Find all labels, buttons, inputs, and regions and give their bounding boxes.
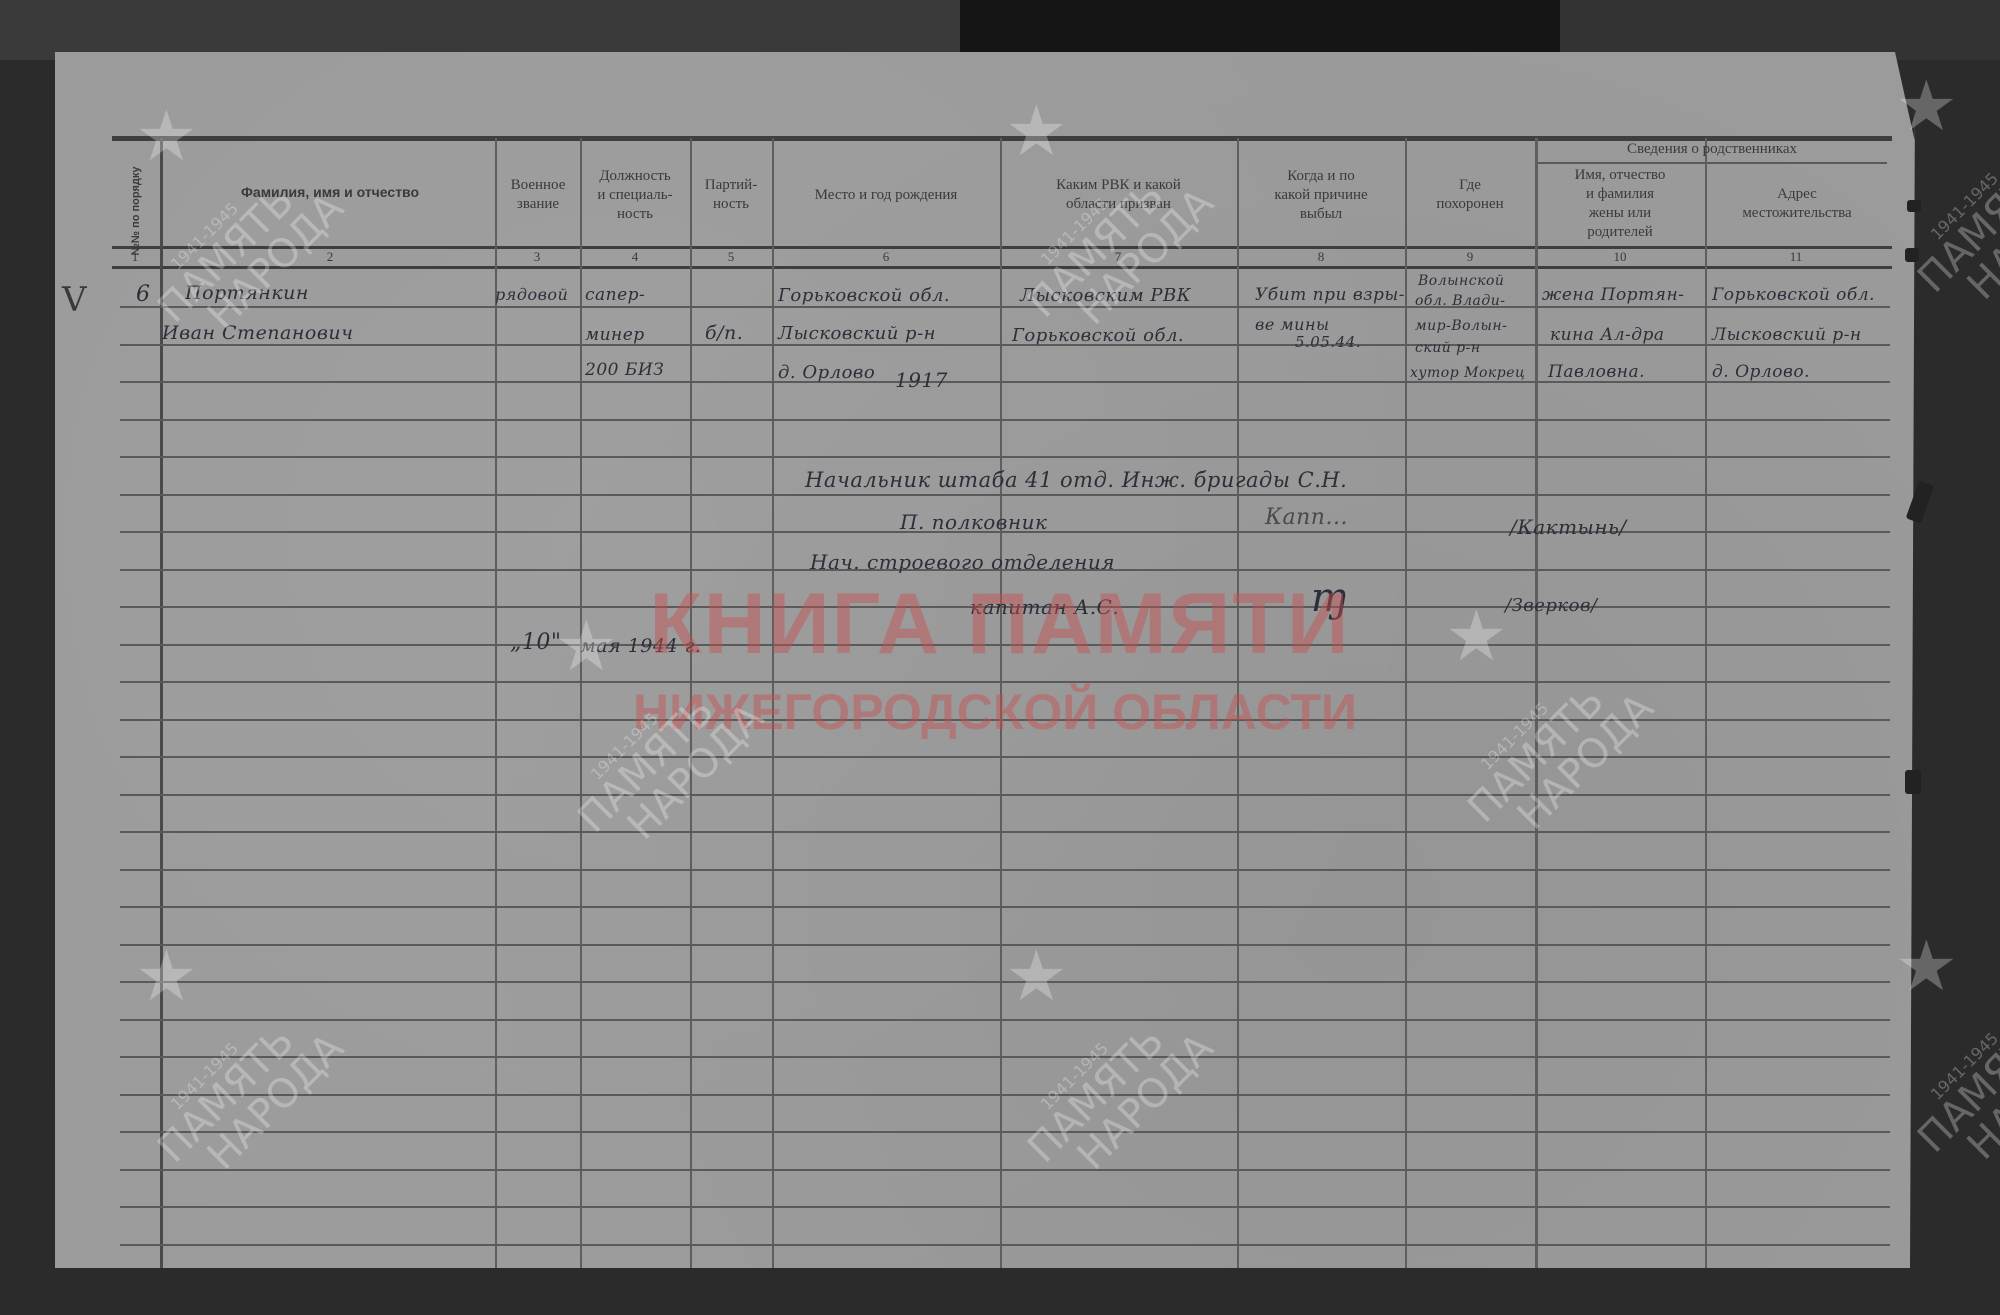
record-position-2: минер bbox=[585, 325, 645, 345]
column-number: 8 bbox=[1301, 249, 1341, 265]
column-number: 2 bbox=[310, 249, 350, 265]
signature-title-2: Нач. строевого отделения bbox=[810, 550, 1115, 574]
paper-tear bbox=[1907, 200, 1921, 212]
signature-stamp-mark: Капп... bbox=[1265, 505, 1348, 530]
record-burial-1: Волынской bbox=[1418, 273, 1504, 289]
row-line bbox=[120, 906, 1890, 908]
record-address-3: д. Орлово. bbox=[1712, 362, 1810, 382]
record-birth-year: 1917 bbox=[895, 368, 948, 392]
header-text-line: и фамилия bbox=[1586, 185, 1654, 204]
signature-scribble: ɱ bbox=[1310, 575, 1348, 621]
header-text-line: родителей bbox=[1587, 223, 1653, 242]
row-line bbox=[120, 306, 1890, 308]
record-burial-5: хутор Мокрец bbox=[1410, 365, 1525, 381]
header-col-2: Фамилия, имя и отчество bbox=[165, 172, 495, 212]
row-line bbox=[120, 869, 1890, 871]
record-number: 6 bbox=[136, 282, 151, 307]
row-line bbox=[120, 1131, 1890, 1133]
header-text-line: области призван bbox=[1066, 195, 1171, 214]
row-line bbox=[120, 681, 1890, 683]
column-number: 7 bbox=[1098, 249, 1138, 265]
column-number: 6 bbox=[866, 249, 906, 265]
header-col-1: №№ по порядку bbox=[130, 161, 142, 261]
header-col-7: Каким РВК и какойобласти призван bbox=[1002, 160, 1235, 230]
row-line bbox=[120, 494, 1890, 496]
group-header-divider bbox=[1537, 162, 1887, 164]
signature-rank-2: капитан А.С. bbox=[970, 595, 1119, 619]
column-number: 9 bbox=[1450, 249, 1490, 265]
row-line bbox=[120, 794, 1890, 796]
column-number: 4 bbox=[615, 249, 655, 265]
header-text-line: Каким РВК и какой bbox=[1056, 176, 1181, 195]
record-given-names: Иван Степанович bbox=[162, 322, 353, 344]
row-line bbox=[120, 981, 1890, 983]
row-line bbox=[120, 756, 1890, 758]
record-birth-3: д. Орлово bbox=[778, 362, 875, 383]
record-rank: рядовой bbox=[495, 285, 568, 304]
record-burial-4: ский р-н bbox=[1415, 340, 1481, 356]
header-text-line: жены или bbox=[1589, 204, 1651, 223]
header-col-4: Должностьи специаль-ность bbox=[582, 160, 688, 230]
row-line bbox=[120, 831, 1890, 833]
row-line bbox=[120, 1169, 1890, 1171]
record-relative-1: жена Портян- bbox=[1542, 285, 1684, 305]
header-text-line: какой причине bbox=[1274, 186, 1367, 205]
record-cause-date: 5.05.44. bbox=[1295, 333, 1361, 351]
header-col-6: Место и год рождения bbox=[774, 160, 998, 230]
header-col-5: Партий-ность bbox=[692, 160, 770, 230]
header-text-line: Адрес bbox=[1777, 185, 1817, 204]
row-line bbox=[120, 1244, 1890, 1246]
record-burial-2: обл. Влади- bbox=[1415, 293, 1505, 309]
row-line bbox=[120, 1206, 1890, 1208]
header-col-3: Военноезвание bbox=[497, 160, 579, 230]
header-text-line: ность bbox=[617, 205, 653, 224]
column-number: 10 bbox=[1600, 249, 1640, 265]
row-line bbox=[120, 1019, 1890, 1021]
row-line bbox=[120, 1094, 1890, 1096]
header-text-line: Партий- bbox=[705, 176, 757, 195]
row-line bbox=[120, 719, 1890, 721]
record-cause-1: Убит при взры- bbox=[1255, 285, 1405, 305]
header-text-line: ность bbox=[713, 195, 749, 214]
header-group-relatives: Сведения о родственниках bbox=[1537, 138, 1887, 160]
header-text-line: звание bbox=[517, 195, 559, 214]
row-line bbox=[120, 644, 1890, 646]
column-number: 1 bbox=[115, 249, 155, 265]
column-number: 3 bbox=[517, 249, 557, 265]
document-date-day: „10" bbox=[510, 630, 562, 655]
record-address-1: Горьковской обл. bbox=[1712, 285, 1875, 305]
record-draft-1: Лысковским РВК bbox=[1020, 285, 1191, 306]
header-text-line: Военное bbox=[511, 176, 566, 195]
header-text-line: Должность bbox=[599, 167, 670, 186]
header-text-line: Место и год рождения bbox=[815, 186, 958, 205]
header-text-line: похоронен bbox=[1436, 195, 1503, 214]
signature-line-1: Начальник штаба 41 отд. Инж. бригады С.Н… bbox=[805, 468, 1347, 492]
watermark-pamyat-naroda: 1941-1945ПАМЯТЬНАРОДА bbox=[1900, 977, 2000, 1187]
record-draft-2: Горьковской обл. bbox=[1012, 325, 1184, 346]
header-text-line: выбыл bbox=[1300, 205, 1342, 224]
header-text-line: и специаль- bbox=[597, 186, 672, 205]
header-text-line: Имя, отчество bbox=[1575, 166, 1666, 185]
record-cause-2: ве мины bbox=[1255, 315, 1330, 334]
header-text-line: местожительства bbox=[1742, 204, 1851, 223]
signature-name-2: /Зверков/ bbox=[1505, 595, 1598, 616]
row-line bbox=[120, 419, 1890, 421]
record-address-2: Лысковский р-н bbox=[1712, 325, 1862, 345]
record-party: б/п. bbox=[705, 322, 743, 344]
signature-title-1: П. полковник bbox=[900, 510, 1047, 534]
row-line bbox=[120, 1056, 1890, 1058]
header-col-9: Гдепохоронен bbox=[1407, 160, 1533, 230]
scan-background-center bbox=[960, 0, 1560, 60]
scan-background-right bbox=[1560, 0, 2000, 60]
signature-name-1: /Кактынь/ bbox=[1510, 515, 1627, 539]
column-numbers-border bbox=[112, 266, 1892, 269]
record-relative-3: Павловна. bbox=[1548, 362, 1645, 382]
header-col-11: Адресместожительства bbox=[1707, 166, 1887, 242]
scan-background-left bbox=[0, 0, 960, 60]
margin-check-mark: V bbox=[62, 280, 87, 320]
record-position-1: сапер- bbox=[585, 285, 645, 305]
row-line bbox=[120, 456, 1890, 458]
record-birth-2: Лысковский р-н bbox=[778, 323, 936, 344]
column-number: 5 bbox=[711, 249, 751, 265]
record-burial-3: мир-Волын- bbox=[1415, 318, 1507, 334]
row-line bbox=[120, 944, 1890, 946]
watermark-pamyat-naroda: 1941-1945ПАМЯТЬНАРОДА bbox=[1900, 117, 2000, 327]
record-surname: Портянкин bbox=[185, 282, 309, 304]
paper-tear bbox=[1905, 770, 1921, 794]
record-position-3: 200 БИЗ bbox=[585, 360, 664, 380]
document-date-rest: мая 1944 г. bbox=[580, 635, 701, 657]
column-number: 11 bbox=[1776, 249, 1816, 265]
record-relative-2: кина Ал-дра bbox=[1550, 325, 1665, 345]
header-text-line: Где bbox=[1459, 176, 1481, 195]
record-birth-1: Горьковской обл. bbox=[778, 285, 950, 306]
header-col-8: Когда и покакой причиневыбыл bbox=[1239, 160, 1403, 230]
paper-tear bbox=[1905, 248, 1919, 262]
header-col-10: Имя, отчествои фамилияжены илиродителей bbox=[1537, 166, 1703, 242]
header-text-line: Когда и по bbox=[1287, 167, 1355, 186]
